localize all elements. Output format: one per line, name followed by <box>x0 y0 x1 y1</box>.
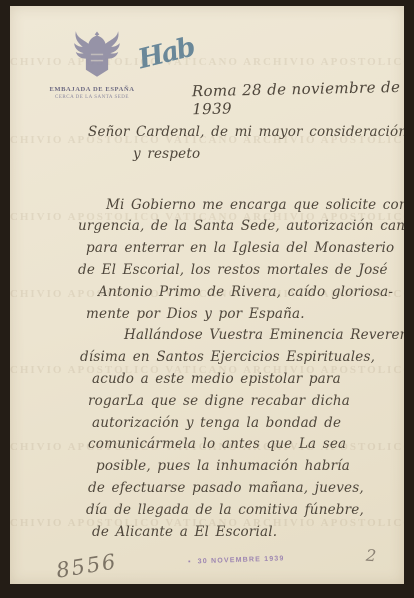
letter-line: de El Escorial, los restos mortales de J… <box>78 260 400 282</box>
spanish-eagle-emblem-icon <box>74 28 120 84</box>
archive-watermark: ARCHIVIO APOSTOLICO VATICANO ARCHIVIO AP… <box>10 56 404 70</box>
letter-line: Hallándose Vuestra Eminencia Reveren- <box>124 325 400 347</box>
letter-line: Mi Gobierno me encarga que solicite con <box>106 195 400 217</box>
letterhead-line1: EMBAJADA DE ESPAÑA <box>22 86 162 93</box>
letter-page: ARCHIVIO APOSTOLICO VATICANO ARCHIVIO AP… <box>10 6 404 584</box>
letter-line: posible, pues la inhumación habría <box>96 456 400 478</box>
letterhead-line2: CERCA DE LA SANTA SEDE <box>22 95 162 100</box>
letter-line: de Alicante a El Escorial. <box>92 522 400 544</box>
page-number: 2 <box>365 546 376 566</box>
archive-number: 8556 <box>55 549 119 582</box>
letter-line: día de llegada de la comitiva fúnebre, <box>86 500 400 522</box>
salutation-line: y respeto <box>133 144 400 166</box>
letter-line: Antonio Primo de Rivera, caído gloriosa- <box>98 282 400 304</box>
letter-line: para enterrar en la Iglesia del Monaster… <box>86 238 400 260</box>
letterhead: EMBAJADA DE ESPAÑA CERCA DE LA SANTA SED… <box>22 86 162 100</box>
letter-line: rogarLa que se digne recabar dicha <box>88 391 400 413</box>
letter-line: autorización y tenga la bondad de <box>92 413 400 435</box>
letter-line: dísima en Santos Ejercicios Espirituales… <box>80 347 400 369</box>
letter-line: acudo a este medio epistolar para <box>92 369 400 391</box>
stamp-dot: ▪ <box>188 559 192 566</box>
letter-line: mente por Dios y por España. <box>86 304 400 326</box>
letter-line: urgencia, de la Santa Sede, autorización… <box>78 216 400 238</box>
stamp-date: 30 NOVEMBRE 1939 <box>198 555 285 565</box>
letter-body: Señor Cardenal, de mi mayor consideració… <box>78 122 400 543</box>
letter-line: comunicármela lo antes que La sea <box>88 434 400 456</box>
dateline: Roma 28 de noviembre de 1939 <box>192 78 404 119</box>
letter-line: de efectuarse pasado mañana, jueves, <box>88 478 400 500</box>
receipt-date-stamp: ▪30 NOVEMBRE 1939 <box>188 555 285 565</box>
salutation-line: Señor Cardenal, de mi mayor consideració… <box>88 122 400 144</box>
